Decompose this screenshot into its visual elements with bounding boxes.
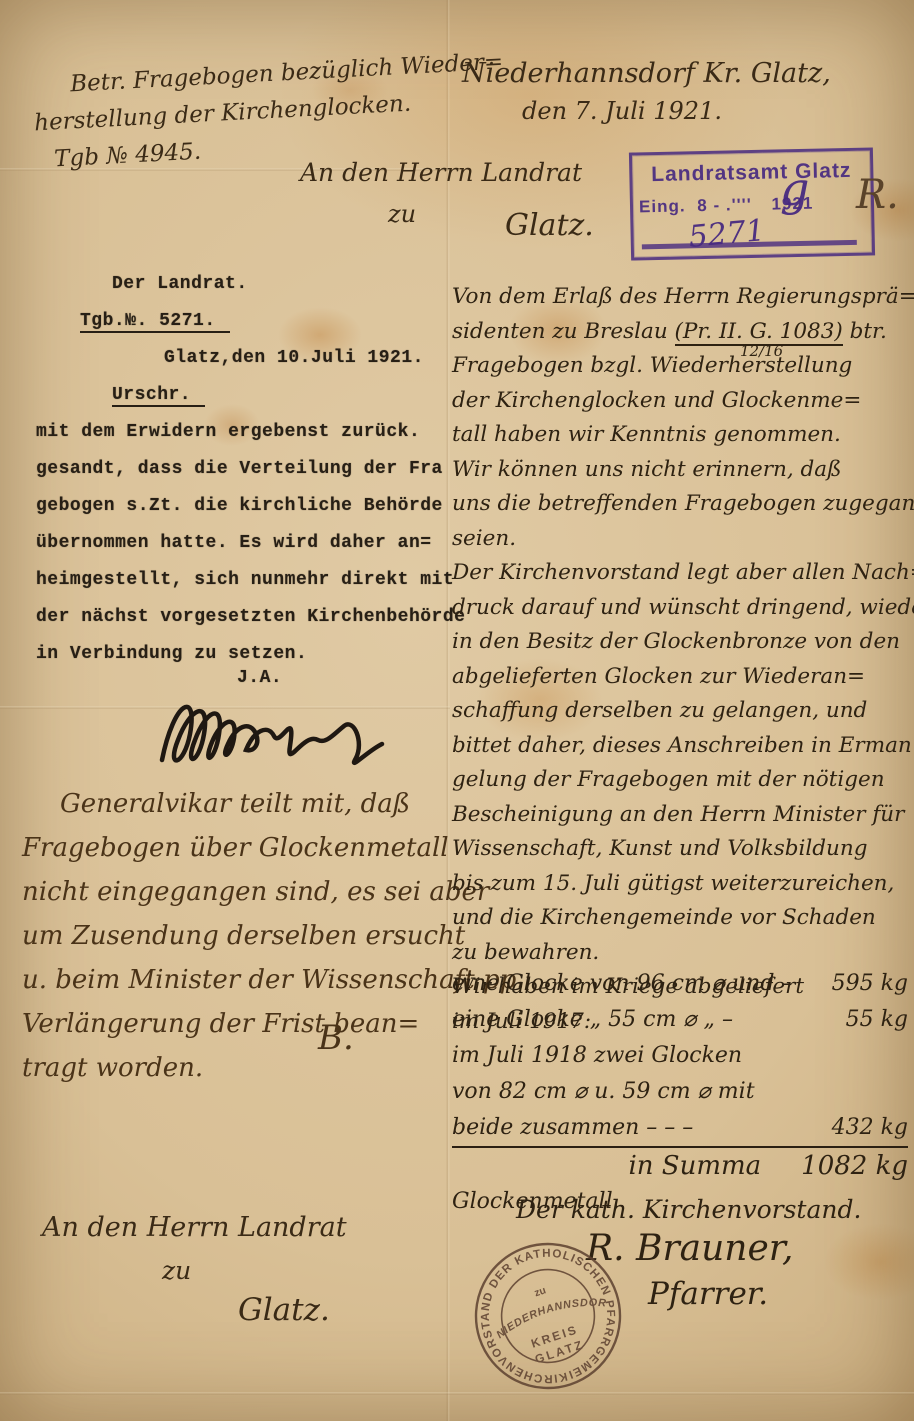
landrat-signature [148,682,448,777]
typed-body-line: mit dem Erwidern ergebenst zurück. [36,414,465,451]
svg-text:NIEDERHANNSDORF: NIEDERHANNSDORF [447,1215,610,1353]
note-line: nicht eingegangen sind, es sei aber [22,870,525,914]
letter-line: Wir können uns nicht erinnern, daß [452,453,914,488]
dateline-place: Niederhannsdorf Kr. Glatz, [462,58,831,89]
letter-line: schaffung derselben zu gelangen, und [452,694,914,729]
entry-stamp-number: 5271 [687,213,766,255]
address-top-line2: zu [388,200,416,228]
letter-line: Der Kirchenvorstand legt aber allen Nach… [452,556,914,591]
letter-line-segment: btr. [843,319,887,344]
letter-line: Wissenschaft, Kunst und Volksbildung [452,832,914,867]
margin-initial-r: R. [856,172,899,218]
letter-line: seien. [452,522,914,557]
parish-stamp-place: NIEDERHANNSDORF [447,1215,610,1353]
address-top-line3: Glatz. [505,208,594,243]
delivery-label: beide zusammen – – – [452,1110,693,1146]
delivery-row: eine Glocke „ 55 cm ⌀ „ – 55 kg [452,1002,908,1038]
signer-name: R. Brauner, [586,1228,794,1269]
bell-delivery-list: eine Glocke von 96 cm ⌀ und – 595 kg ein… [452,966,908,1220]
address-bottom-line2: zu [162,1256,191,1285]
letter-line: gelung der Fragebogen mit der nötigen [452,763,914,798]
letter-line: druck darauf und wünscht dringend, wiede… [452,591,914,626]
letter-line: bis zum 15. Juli gütigst weiterzureichen… [452,867,914,902]
signer-title: Pfarrer. [648,1276,768,1312]
delivery-weight: 55 kg [846,1002,908,1038]
note-line: Verlängerung der Frist bean= [22,1002,525,1046]
generalvikar-note: Generalvikar teilt mit, daß Fragebogen ü… [22,782,525,1090]
note-line: tragt worden. [22,1046,525,1090]
letter-line: sidenten zu Breslau (Pr. II. G. 1083) bt… [452,315,914,350]
typed-date: Glatz,den 10.Juli 1921. [164,340,465,377]
address-top-line1: An den Herrn Landrat [300,158,582,187]
letter-line: und die Kirchengemeinde vor Schaden [452,901,914,936]
delivery-weight: 595 kg [832,966,908,1002]
delivery-label: von 82 cm ⌀ u. 59 cm ⌀ mit [452,1074,755,1110]
dateline-date: den 7. Juli 1921. [522,97,831,125]
letter-line-segment: sidenten zu Breslau [452,319,675,344]
closing-line: Der kath. Kirchenvorstand. [516,1195,861,1224]
note-initial: B. [318,1018,354,1058]
letter-line: in den Besitz der Glockenbronze von den [452,625,914,660]
delivery-row: eine Glocke von 96 cm ⌀ und – 595 kg [452,966,908,1002]
letter-line: tall haben wir Kenntnis genommen. [452,418,914,453]
delivery-label: im Juli 1918 zwei Glocken [452,1038,742,1074]
typed-reply: Der Landrat. Tgb.№. 5271. Glatz,den 10.J… [36,266,465,673]
note-line: um Zusendung derselben ersucht [22,914,525,958]
typed-body-line: heimgestellt, sich nunmehr direkt mit [36,562,465,599]
letter-line: Von dem Erlaß des Herrn Regierungsprä= [452,280,914,315]
typed-urschr: Urschr. [112,385,205,407]
delivery-row: von 82 cm ⌀ u. 59 cm ⌀ mit [452,1074,908,1110]
letter-body: Von dem Erlaß des Herrn Regierungsprä= s… [452,280,914,1039]
entry-stamp-eing: Eing. [639,196,686,216]
decree-reference-sub: 12/16 [740,342,783,360]
typed-body-line: übernommen hatte. Es wird daher an= [36,525,465,562]
typed-body-line: gebogen s.Zt. die kirchliche Behörde [36,488,465,525]
letter-line: Fragebogen bzgl. Wiederherstellung [452,349,914,384]
sum-row: in Summa 1082 kg [452,1146,908,1184]
entry-stamp: Landratsamt Glatz Eing. 8 - .'''' 1921 5… [629,147,875,260]
letter-line: zu bewahren. [452,936,914,971]
typed-ref: Tgb.№. 5271. [80,311,230,333]
letter-line: abgelieferten Glocken zur Wiederan= [452,660,914,695]
entry-stamp-initial-g: g [780,162,809,216]
entry-stamp-day: 8 - .'''' [697,195,752,215]
letter-line: der Kirchenglocken und Glockenme= [452,384,914,419]
letter-line: uns die betreffenden Fragebogen zugegang… [452,487,914,522]
letter-line: Bescheinigung an den Herrn Minister für [452,798,914,833]
typed-heading: Der Landrat. [112,266,465,303]
letter-line: bittet daher, dieses Anschreiben in Erma… [452,729,914,764]
horizontal-fold-crease [0,1392,914,1395]
address-bottom-line1: An den Herrn Landrat [42,1212,347,1243]
delivery-row: im Juli 1918 zwei Glocken [452,1038,908,1074]
sum-value: 1082 kg [801,1148,908,1184]
letter-page: Betr. Fragebogen bezüglich Wieder= herst… [0,0,914,1421]
note-line: u. beim Minister der Wissenschaft pp. [22,958,525,1002]
sum-label: in Summa [628,1148,761,1184]
note-line: Fragebogen über Glockenmetall [22,826,525,870]
dateline: Niederhannsdorf Kr. Glatz, den 7. Juli 1… [462,58,831,125]
delivery-label: eine Glocke von 96 cm ⌀ und – [452,966,792,1002]
parish-stamp-zu: zu [533,1285,547,1299]
typed-body-line: gesandt, dass die Verteilung der Fra [36,451,465,488]
entry-stamp-title: Landratsamt Glatz [632,159,870,188]
delivery-label: eine Glocke „ 55 cm ⌀ „ – [452,1002,733,1038]
address-bottom-line3: Glatz. [238,1292,330,1328]
delivery-weight: 432 kg [832,1110,908,1146]
delivery-row: beide zusammen – – – 432 kg [452,1110,908,1146]
typed-body-line: der nächst vorgesetzten Kirchenbehörde [36,599,465,636]
